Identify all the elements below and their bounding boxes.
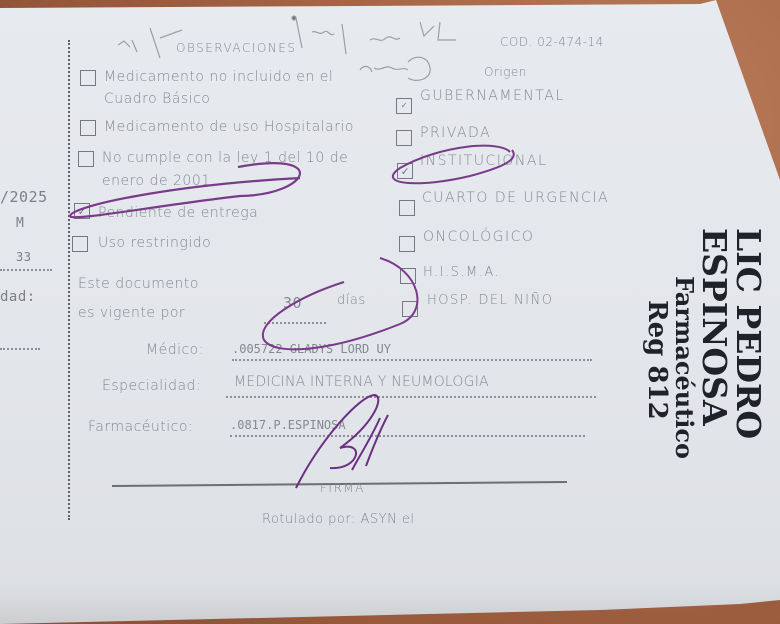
checkmark-icon: ✓ [401,102,406,111]
observation-label: Medicamento de uso Hospitalario [104,119,354,135]
origin-label: ONCOLÓGICO [423,229,534,245]
observation-label: Uso restringido [98,235,211,251]
origin-label: HOSP. DEL NIÑO [427,293,553,308]
labeled-by-text: Rotulado por: ASYN el [262,512,415,527]
checkbox-checked[interactable]: ✓ [74,203,90,219]
dotted-leader [226,396,596,398]
validity-days-value: 30 [283,294,302,312]
doctor-value: .005722 GLADYS LORD UY [232,342,391,356]
pharmacist-signature [296,395,388,488]
observations-heading: OBSERVACIONES [176,41,296,55]
observation-label: No cumple con la ley 1 del 10 de [102,150,348,166]
checkmark-icon: ✓ [78,205,85,217]
checkbox-checked[interactable]: ✓ [397,163,413,179]
dotted-leader [232,359,592,361]
origin-label: INSTITUCIONAL [420,153,547,169]
observation-label-cont: enero de 2001 [102,173,211,189]
validity-line-2: es vigente por [78,305,185,321]
label-fragment: dad: [0,289,36,305]
checkbox[interactable] [399,236,415,252]
pharmacist-stamp: LIC PEDRO ESPINOSA Farmacéutico Reg 812 [643,228,765,568]
checkbox[interactable] [400,268,416,284]
checkbox-checked[interactable]: ✓ [396,98,412,114]
form-code: COD. 02-474-14 [500,35,604,49]
checkbox[interactable] [78,151,94,167]
prescription-form-paper: /2025 M 33 dad: OBSERVACIONES COD. 02-47… [0,0,780,624]
validity-line-1: Este documento [78,276,199,292]
pharmacist-label: Farmacéutico: [88,419,193,435]
origin-label: CUARTO DE URGENCIA [422,190,609,206]
stamp-title: Farmacéutico [671,228,697,568]
sex-value: M [16,216,24,231]
checkmark-icon: ✓ [401,165,408,177]
pharmacist-value: .0817.P.ESPINOSA [230,418,346,432]
checkbox[interactable] [80,120,96,136]
date-fragment: /2025 [0,188,48,206]
origin-label: GUBERNAMENTAL [420,88,565,104]
checkbox[interactable] [80,70,96,86]
dotted-leader [0,348,40,350]
observation-label: Medicamento no incluido en el [104,69,333,85]
checkbox[interactable] [72,236,88,252]
origin-label: PRIVADA [420,125,491,141]
origin-heading: Origen [484,65,527,79]
origin-label: H.I.S.M.A. [423,265,500,280]
dotted-leader [264,322,326,324]
checkbox[interactable] [402,301,418,317]
signature-label: FIRMA [320,481,365,495]
age-value: 33 [16,250,31,264]
validity-days-unit: días [337,293,366,308]
specialty-value: MEDICINA INTERNA Y NEUMOLOGIA [234,374,489,390]
dotted-leader [230,435,585,437]
stamp-name: LIC PEDRO ESPINOSA [697,228,765,568]
stamp-registration: Reg 812 [643,228,671,568]
doctor-label: Médico: [146,342,204,358]
checkbox[interactable] [396,130,412,146]
observation-label-cont: Cuadro Básico [104,91,210,107]
checkbox[interactable] [399,200,415,216]
specialty-label: Especialidad: [102,378,201,394]
perforation-line [68,40,70,520]
observation-label: Pendiente de entrega [98,205,258,221]
dotted-leader [0,269,52,271]
